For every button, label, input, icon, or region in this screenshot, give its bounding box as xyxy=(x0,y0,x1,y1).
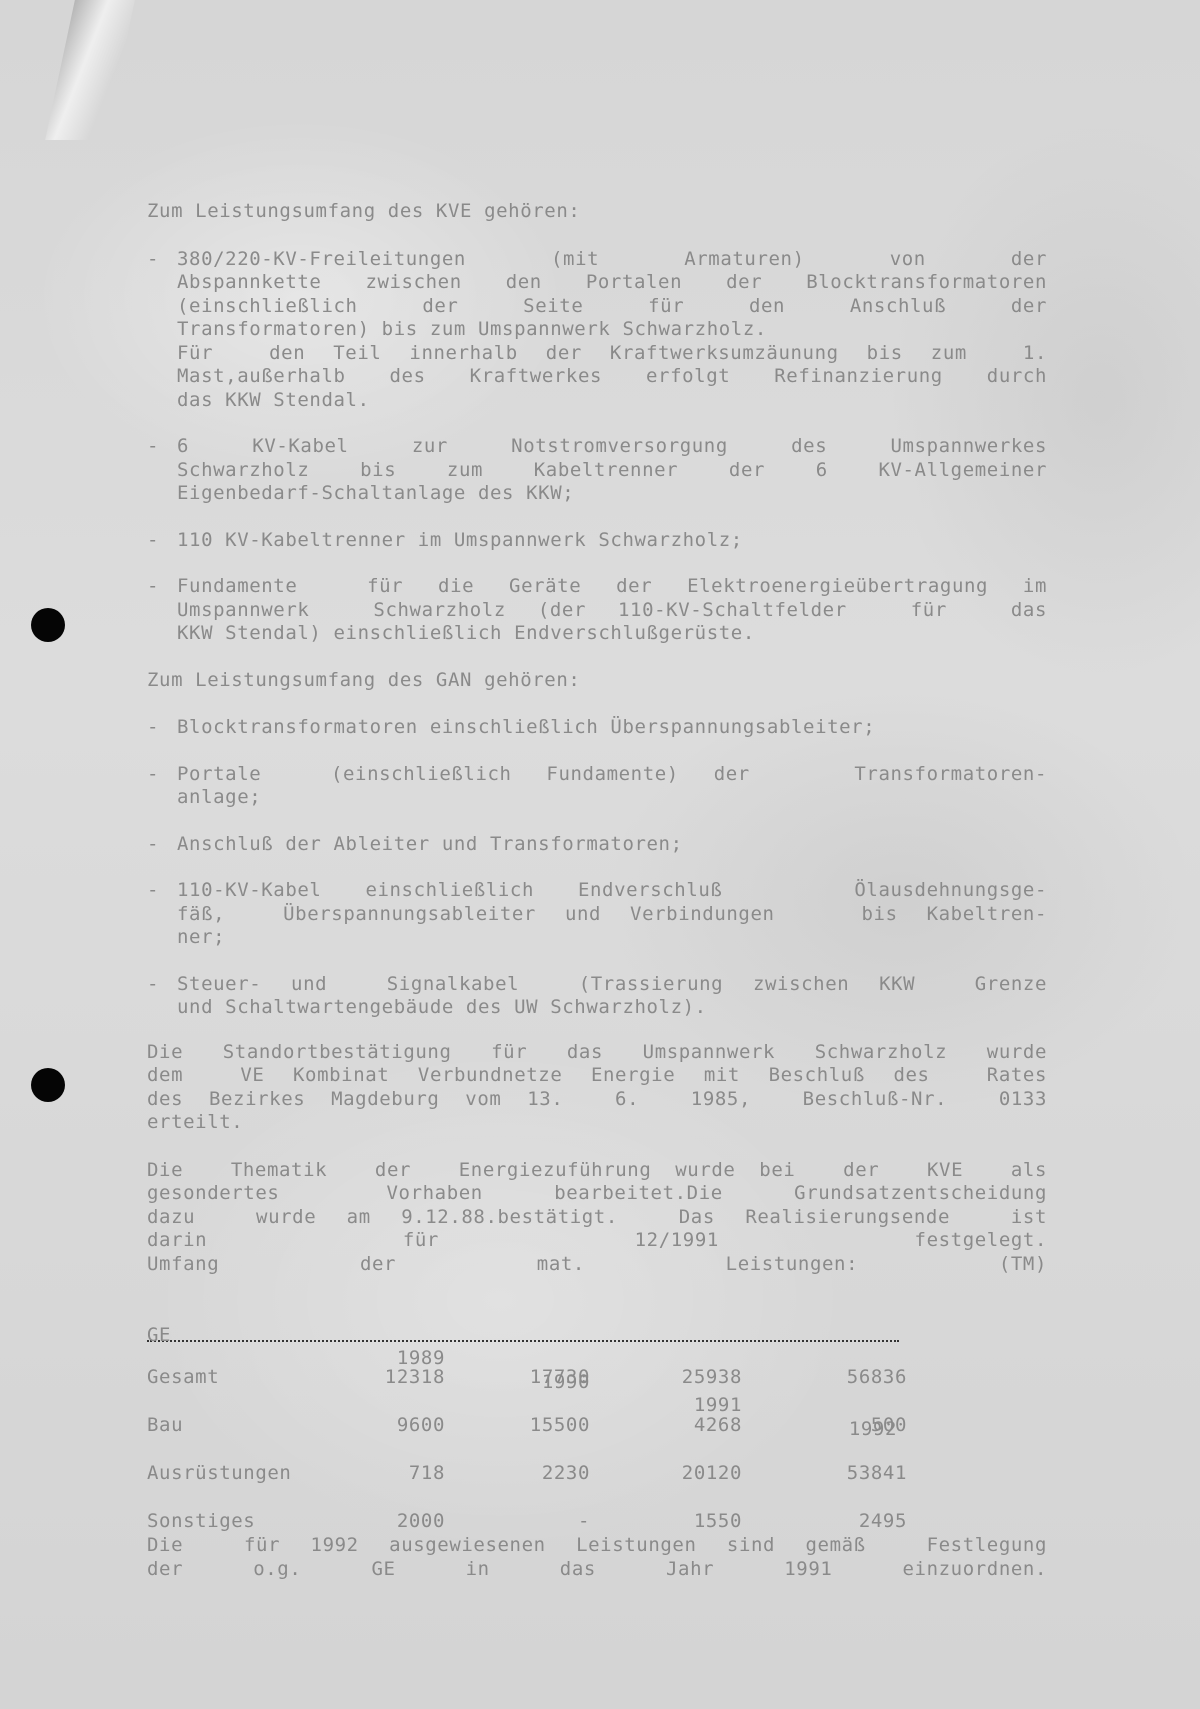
text-line: Anschluß der Ableiter und Transformatore… xyxy=(177,833,1047,857)
text-line: 110-KV-Kabel einschließlich Endverschluß… xyxy=(177,879,1047,903)
list-item: -380/220-KV-Freileitungen (mit Armaturen… xyxy=(147,248,1047,413)
text-line: Fundamente für die Geräte der Elektroene… xyxy=(177,575,1047,599)
table-cell: 25938 xyxy=(682,1366,742,1390)
text-line: Umfang der mat. Leistungen: (TM) xyxy=(147,1253,1047,1277)
kve-heading: Zum Leistungsumfang des KVE gehören: xyxy=(147,200,1047,224)
text-line: dem VE Kombinat Verbundnetze Energie mit… xyxy=(147,1064,1047,1088)
table-row: Sonstiges2000-15502495 xyxy=(147,1510,907,1534)
row-label: Gesamt xyxy=(147,1366,219,1390)
text-line: Mast,außerhalb des Kraftwerkes erfolgt R… xyxy=(177,365,1047,389)
table-cell: - xyxy=(578,1510,590,1534)
footnote-paragraph: Die für 1992 ausgewiesenen Leistungen si… xyxy=(147,1534,1047,1581)
text-line: 6 KV-Kabel zur Notstromversorgung des Um… xyxy=(177,435,1047,459)
table-cell: 15500 xyxy=(530,1414,590,1438)
text-line: Portale (einschließlich Fundamente) der … xyxy=(177,763,1047,787)
bullet-dash: - xyxy=(147,763,159,787)
text-line: Für den Teil innerhalb der Kraftwerksumz… xyxy=(177,342,1047,366)
table-row: Ausrüstungen71822302012053841 xyxy=(147,1462,907,1486)
list-item: -Portale (einschließlich Fundamente) der… xyxy=(147,763,1047,810)
table-header-row: GE 1989 1990 1991 1992 xyxy=(147,1300,907,1324)
table-cell: 9600 xyxy=(397,1414,445,1438)
text-line: Steuer- und Signalkabel (Trassierung zwi… xyxy=(177,973,1047,997)
gan-heading: Zum Leistungsumfang des GAN gehören: xyxy=(147,669,1047,693)
table-cell: 2230 xyxy=(542,1462,590,1486)
text-line: 380/220-KV-Freileitungen (mit Armaturen)… xyxy=(177,248,1047,272)
bullet-dash: - xyxy=(147,529,159,553)
text-line: ner; xyxy=(177,926,1047,950)
bullet-dash: - xyxy=(147,248,159,272)
table-separator-line xyxy=(147,1340,899,1342)
text-line: Abspannkette zwischen den Portalen der B… xyxy=(177,271,1047,295)
text-line: gesondertes Vorhaben bearbeitet.Die Grun… xyxy=(147,1182,1047,1206)
list-item: -110 KV-Kabeltrenner im Umspannwerk Schw… xyxy=(147,529,1047,553)
table-header-cell: GE xyxy=(147,1324,171,1348)
document-body: Zum Leistungsumfang des KVE gehören: -38… xyxy=(147,200,1047,1581)
table-cell: 718 xyxy=(409,1462,445,1486)
bullet-dash: - xyxy=(147,833,159,857)
text-line: dazu wurde am 9.12.88.bestätigt. Das Rea… xyxy=(147,1206,1047,1230)
list-item: -110-KV-Kabel einschließlich Endverschlu… xyxy=(147,879,1047,950)
text-line: Umspannwerk Schwarzholz (der 110-KV-Scha… xyxy=(177,599,1047,623)
punch-hole-bottom xyxy=(31,1068,65,1102)
table-body: Gesamt12318177302593856836Bau96001550042… xyxy=(147,1366,907,1534)
list-item: -Steuer- und Signalkabel (Trassierung zw… xyxy=(147,973,1047,1020)
row-label: Bau xyxy=(147,1414,183,1438)
row-label: Ausrüstungen xyxy=(147,1462,291,1486)
text-line: Blocktransformatoren einschließlich Über… xyxy=(177,716,1047,740)
kve-scope-list: -380/220-KV-Freileitungen (mit Armaturen… xyxy=(147,248,1047,646)
list-item: -6 KV-Kabel zur Notstromversorgung des U… xyxy=(147,435,1047,506)
standort-paragraph: Die Standortbestätigung für das Umspannw… xyxy=(147,1041,1047,1135)
table-row: Gesamt12318177302593856836 xyxy=(147,1366,907,1390)
table-cell: 56836 xyxy=(847,1366,907,1390)
thematik-paragraph: Die Thematik der Energiezuführung wurde … xyxy=(147,1159,1047,1277)
list-item: -Blocktransformatoren einschließlich Übe… xyxy=(147,716,1047,740)
text-line: anlage; xyxy=(177,786,1047,810)
gan-scope-list: -Blocktransformatoren einschließlich Übe… xyxy=(147,716,1047,1020)
row-label: Sonstiges xyxy=(147,1510,255,1534)
table-cell: 17730 xyxy=(530,1366,590,1390)
table-row: Bau9600155004268500 xyxy=(147,1414,907,1438)
text-line: Eigenbedarf-Schaltanlage des KKW; xyxy=(177,482,1047,506)
text-line: KKW Stendal) einschließlich Endverschluß… xyxy=(177,622,1047,646)
text-line: und Schaltwartengebäude des UW Schwarzho… xyxy=(177,996,1047,1020)
bullet-dash: - xyxy=(147,879,159,903)
bullet-dash: - xyxy=(147,435,159,459)
table-cell: 2495 xyxy=(859,1510,907,1534)
table-cell: 53841 xyxy=(847,1462,907,1486)
row-gap xyxy=(147,1486,907,1510)
text-line: Die Standortbestätigung für das Umspannw… xyxy=(147,1041,1047,1065)
list-item: -Fundamente für die Geräte der Elektroen… xyxy=(147,575,1047,646)
bullet-dash: - xyxy=(147,716,159,740)
text-line: fäß, Überspannungsableiter und Verbindun… xyxy=(177,903,1047,927)
text-line: 110 KV-Kabeltrenner im Umspannwerk Schwa… xyxy=(177,529,1047,553)
punch-hole-top xyxy=(31,608,65,642)
bullet-dash: - xyxy=(147,973,159,997)
text-line: des Bezirkes Magdeburg vom 13. 6. 1985, … xyxy=(147,1088,1047,1112)
list-item: -Anschluß der Ableiter und Transformator… xyxy=(147,833,1047,857)
text-line: Transformatoren) bis zum Umspannwerk Sch… xyxy=(177,318,1047,342)
text-line: (einschließlich der Seite für den Anschl… xyxy=(177,295,1047,319)
table-cell: 1550 xyxy=(694,1510,742,1534)
text-line: darin für 12/1991 festgelegt. xyxy=(147,1229,1047,1253)
table-cell: 2000 xyxy=(397,1510,445,1534)
text-line: Die für 1992 ausgewiesenen Leistungen si… xyxy=(147,1534,1047,1558)
row-gap xyxy=(147,1390,907,1414)
text-line: erteilt. xyxy=(147,1111,1047,1135)
table-cell: 4268 xyxy=(694,1414,742,1438)
text-line: Schwarzholz bis zum Kabeltrenner der 6 K… xyxy=(177,459,1047,483)
table-cell: 20120 xyxy=(682,1462,742,1486)
table-cell: 12318 xyxy=(385,1366,445,1390)
row-gap xyxy=(147,1438,907,1462)
table-cell: 500 xyxy=(871,1414,907,1438)
text-line: der o.g. GE in das Jahr 1991 einzuordnen… xyxy=(147,1558,1047,1582)
text-line: Die Thematik der Energiezuführung wurde … xyxy=(147,1159,1047,1183)
bullet-dash: - xyxy=(147,575,159,599)
leistungen-table: GE 1989 1990 1991 1992 Gesamt12318177302… xyxy=(147,1300,907,1534)
text-line: das KKW Stendal. xyxy=(177,389,1047,413)
